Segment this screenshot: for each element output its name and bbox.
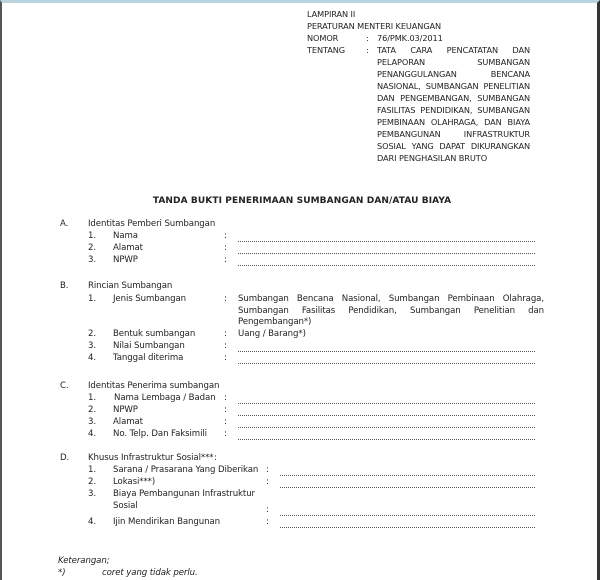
alamat-pemberi-field[interactable] (238, 252, 535, 254)
item-label: Nama (113, 231, 138, 242)
lokasi-field[interactable] (280, 486, 535, 488)
item-colon: : (224, 417, 227, 428)
item-label: No. Telp. Dan Faksimili (113, 429, 207, 440)
ijin-mendirikan-bangunan-field[interactable] (280, 526, 535, 528)
item-label: Nama Lembaga / Badan (114, 393, 216, 404)
tentang-line: FASILITAS PENDIDIKAN, SUMBANGAN (377, 105, 530, 116)
tentang-line: DAN PENGEMBANGAN, SUMBANGAN (377, 93, 530, 104)
item-colon: : (224, 405, 227, 416)
section-heading: Khusus Infrastruktur Sosial*** (88, 453, 213, 464)
item-label: Bentuk sumbangan (113, 329, 195, 340)
nomor-value: 76/PMK.03/2011 (377, 33, 443, 44)
item-label: Sarana / Prasarana Yang Diberikan (113, 465, 258, 476)
item-label: Alamat (113, 417, 143, 428)
nomor-label: NOMOR (307, 33, 338, 44)
nomor-colon: : (366, 33, 369, 44)
npwp-pemberi-field[interactable] (238, 264, 535, 266)
item-colon: : (266, 465, 269, 476)
tentang-line: SOSIAL YANG DAPAT DIKURANGKAN (377, 141, 530, 152)
item-number: 3. (88, 255, 96, 266)
item-colon: : (224, 255, 227, 266)
item-number: 1. (88, 465, 96, 476)
nama-pemberi-field[interactable] (238, 240, 535, 242)
tentang-line: PELAPORAN SUMBANGAN (377, 57, 530, 68)
item-label: Jenis Sumbangan (113, 294, 186, 305)
nama-lembaga-field[interactable] (238, 402, 535, 404)
tentang-line: PENANGGULANGAN BENCANA (377, 69, 530, 80)
document-page: LAMPIRAN II PERATURAN MENTERI KEUANGAN N… (0, 0, 600, 580)
item-colon: : (224, 294, 227, 305)
item-number: 1. (88, 294, 96, 305)
item-number: 3. (88, 417, 96, 428)
section-heading: Rincian Sumbangan (88, 281, 172, 292)
note-text: coret yang tidak perlu. (102, 568, 198, 579)
item-label: Lokasi***) (113, 477, 155, 488)
item-number: 3. (88, 489, 96, 500)
item-colon: : (224, 231, 227, 242)
tentang-line: PEMBANGUNAN INFRASTRUKTUR (377, 129, 530, 140)
item-colon: : (224, 429, 227, 440)
item-number: 4. (88, 429, 96, 440)
item-colon: : (266, 505, 269, 516)
item-label: Alamat (113, 243, 143, 254)
tentang-line: TATA CARA PENCATATAN DAN (377, 45, 530, 56)
telp-faksimili-field[interactable] (238, 438, 535, 440)
tentang-label: TENTANG (307, 45, 345, 56)
document-title: TANDA BUKTI PENERIMAAN SUMBANGAN DAN/ATA… (2, 196, 600, 207)
item-colon: : (224, 243, 227, 254)
biaya-pembangunan-field[interactable] (280, 514, 535, 516)
notes-heading: Keterangan; (58, 556, 109, 567)
item-number: 4. (88, 353, 96, 364)
item-number: 2. (88, 243, 96, 254)
sarana-prasarana-field[interactable] (280, 474, 535, 476)
item-label-continued: Sosial (113, 501, 138, 512)
section-letter: A. (60, 219, 68, 230)
item-number: 2. (88, 405, 96, 416)
lampiran-label: LAMPIRAN II (307, 9, 355, 20)
bentuk-sumbangan-value: Uang / Barang*) (238, 329, 306, 340)
nilai-sumbangan-field[interactable] (238, 350, 535, 352)
item-label: Ijin Mendirikan Bangunan (113, 517, 220, 528)
item-label: Tanggal diterima (113, 353, 183, 364)
tentang-colon: : (366, 45, 369, 56)
item-label: Biaya Pembangunan Infrastruktur (113, 489, 255, 500)
item-number: 4. (88, 517, 96, 528)
section-letter: B. (60, 281, 68, 292)
tentang-line: DARI PENGHASILAN BRUTO (377, 153, 487, 164)
npwp-penerima-field[interactable] (238, 414, 535, 416)
item-colon: : (224, 341, 227, 352)
jenis-sumbangan-value: Sumbangan Bencana Nasional, Sumbangan Pe… (238, 294, 544, 329)
item-number: 2. (88, 477, 96, 488)
tanggal-diterima-field[interactable] (238, 362, 535, 364)
section-letter: D. (60, 453, 69, 464)
item-number: 2. (88, 329, 96, 340)
section-heading: Identitas Penerima sumbangan (88, 381, 219, 392)
note-mark: *) (58, 568, 65, 579)
item-label: NPWP (113, 255, 138, 266)
item-colon: : (224, 329, 227, 340)
item-label: NPWP (113, 405, 138, 416)
tentang-line: PEMBINAAN OLAHRAGA, DAN BIAYA (377, 117, 530, 128)
item-number: 1. (88, 393, 96, 404)
item-colon: : (266, 477, 269, 488)
item-number: 3. (88, 341, 96, 352)
item-colon: : (224, 393, 227, 404)
tentang-line: NASIONAL, SUMBANGAN PENELITIAN (377, 81, 530, 92)
item-number: 1. (88, 231, 96, 242)
item-colon: : (224, 353, 227, 364)
section-heading: Identitas Pemberi Sumbangan (88, 219, 215, 230)
peraturan-label: PERATURAN MENTERI KEUANGAN (307, 21, 441, 32)
item-colon: : (266, 517, 269, 528)
alamat-penerima-field[interactable] (238, 426, 535, 428)
item-label: Nilai Sumbangan (113, 341, 185, 352)
section-heading-colon: : (214, 453, 217, 464)
section-letter: C. (60, 381, 69, 392)
